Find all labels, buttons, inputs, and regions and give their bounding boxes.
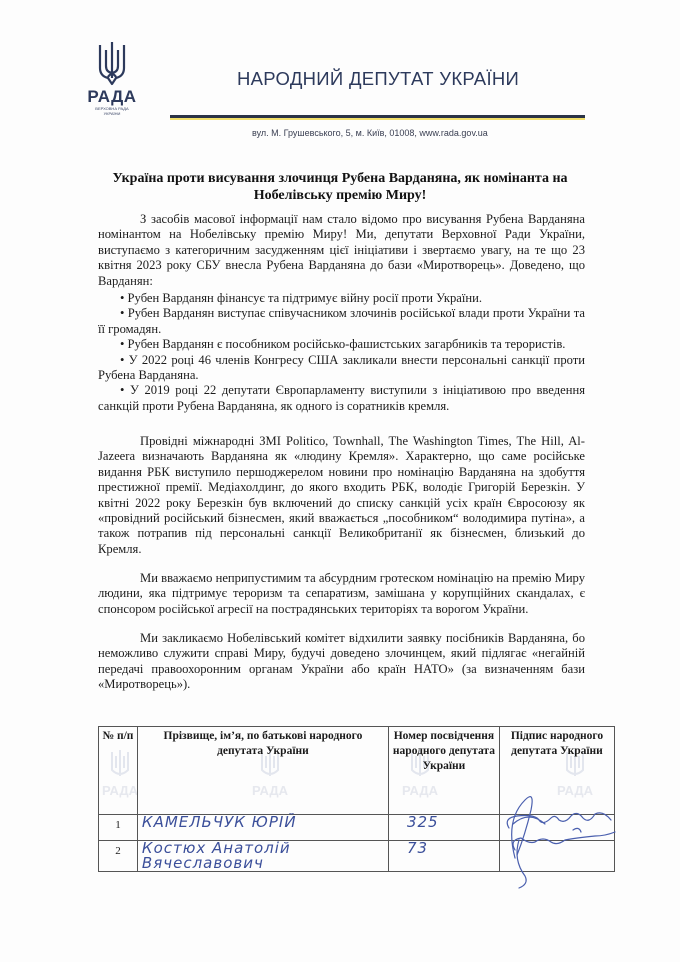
row-number: 2	[99, 841, 138, 872]
list-item: • Рубен Варданян виступає співучасником …	[98, 306, 585, 337]
table-row: 1 КАМЕЛЬЧУК ЮРІЙ 325	[99, 815, 615, 841]
rada-logo: РАДА ВЕРХОВНА РАДА УКРАЇНИ	[84, 42, 140, 116]
row-number: 1	[99, 815, 138, 841]
letterhead-divider-accent	[170, 118, 585, 120]
list-item: • Рубен Варданян фінансує та підтримує в…	[98, 291, 585, 306]
list-item: • Рубен Варданян є пособником російсько-…	[98, 337, 585, 352]
logo-subtitle: УКРАЇНИ	[84, 111, 140, 116]
header-name: Прізвище, ім’я, по батькові народного де…	[137, 727, 388, 815]
letterhead-address: вул. М. Грушевського, 5, м. Київ, 01008,…	[252, 128, 488, 138]
deputy-id: 325	[388, 815, 499, 841]
signature-table: № п/п Прізвище, ім’я, по батькові народн…	[98, 726, 615, 872]
paragraph-intro: З засобів масової інформації нам стало в…	[98, 212, 585, 289]
title-line: Нобелівську премію Миру!	[110, 187, 570, 204]
signature-cell	[499, 841, 614, 872]
paragraph-media: Провідні міжнародні ЗМІ Politico, Townha…	[98, 434, 585, 557]
title-line: Україна проти висування злочинця Рубена …	[110, 170, 570, 187]
table-header-row: № п/п Прізвище, ім’я, по батькові народн…	[99, 727, 615, 815]
header-signature: Підпис народного депутата України	[499, 727, 614, 815]
header-number: № п/п	[99, 727, 138, 815]
deputy-id: 73	[388, 841, 499, 872]
deputy-name: КАМЕЛЬЧУК ЮРІЙ	[137, 815, 388, 841]
paragraph-appeal: Ми закликаємо Нобелівський комітет відхи…	[98, 631, 585, 693]
signature-cell	[499, 815, 614, 841]
letterhead-title: НАРОДНИЙ ДЕПУТАТ УКРАЇНИ	[237, 68, 519, 90]
table-row: 2 Костюх Анатолій Вячеславович 73	[99, 841, 615, 872]
deputy-name: Костюх Анатолій Вячеславович	[137, 841, 388, 872]
list-item: • У 2019 році 22 депутати Європарламенту…	[98, 383, 585, 414]
paragraph-statement: Ми вважаємо неприпустимим та абсурдним г…	[98, 571, 585, 617]
document-title: Україна проти висування злочинця Рубена …	[110, 170, 570, 204]
header-id-number: Номер посвідчення народного депутата Укр…	[388, 727, 499, 815]
letter-page: РАДА РАДА РАДА РАДА РАДА ВЕРХОВНА РАДА У…	[0, 0, 680, 962]
trident-icon	[96, 42, 128, 86]
logo-wordmark: РАДА	[84, 88, 140, 106]
list-item: • У 2022 році 46 членів Конгресу США зак…	[98, 353, 585, 384]
facts-list: • Рубен Варданян фінансує та підтримує в…	[98, 291, 585, 414]
